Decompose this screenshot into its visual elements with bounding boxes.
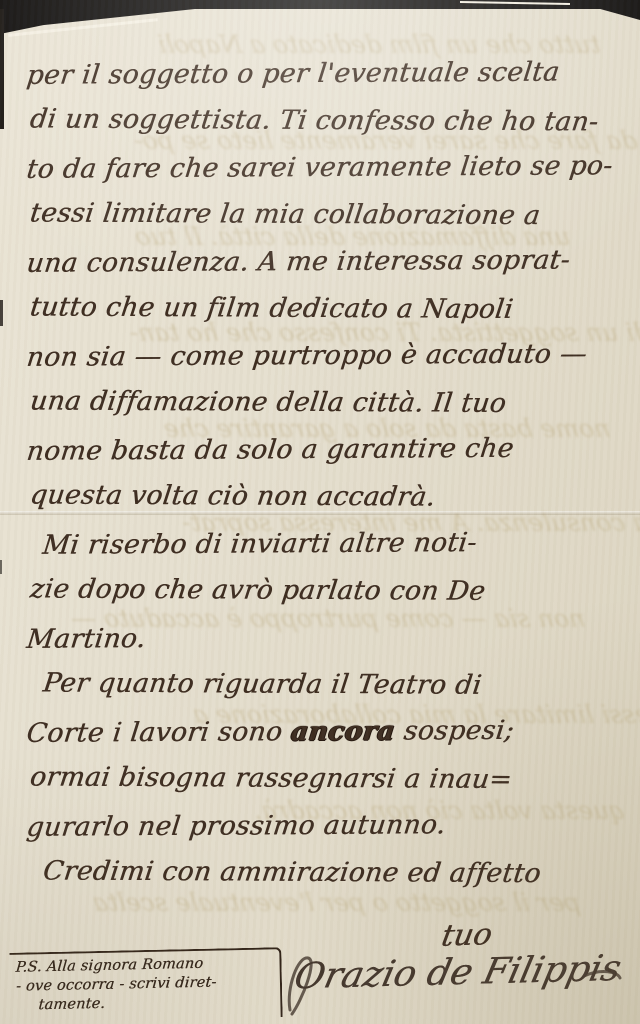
handwritten-line: to da fare che sarei veramente lieto se … bbox=[23, 150, 625, 201]
scan-edge-left bbox=[0, 300, 3, 326]
handwritten-line: Martino. bbox=[23, 620, 625, 671]
scan-edge-left bbox=[0, 9, 4, 129]
handwritten-line: tessi limitare la mia collaborazione a bbox=[26, 197, 625, 247]
valediction: tuo bbox=[439, 917, 495, 954]
scan-edge-left bbox=[0, 560, 2, 574]
handwritten-line: di un soggettista. Ti confesso che ho ta… bbox=[26, 103, 625, 153]
bleedthrough-text: tutto che un film dedicato a Napoli bbox=[0, 30, 602, 59]
scanned-letter-page: tutto che un film dedicato a Napoli to d… bbox=[0, 0, 640, 1024]
scan-edge-top-left bbox=[0, 0, 196, 34]
handwritten-line-corrected: Corte i lavori sono ancora sospesi; bbox=[23, 714, 625, 765]
handwritten-line: questa volta ciò non accadrà. bbox=[26, 479, 625, 529]
handwritten-line: tutto che un film dedicato a Napoli bbox=[26, 291, 625, 341]
handwritten-line: Credimi con ammirazione ed affetto bbox=[39, 855, 625, 905]
handwritten-line: zie dopo che avrò parlato con De bbox=[26, 573, 625, 623]
handwritten-line: nome basta da solo a garantire che bbox=[23, 432, 625, 483]
handwritten-line: una diffamazione della città. Il tuo bbox=[26, 385, 625, 435]
postscript-line: tamente. bbox=[38, 991, 276, 1015]
handwritten-line: non sia — come purtroppo è accaduto — bbox=[23, 338, 625, 389]
handwritten-line: per il soggetto o per l'eventuale scelta bbox=[23, 56, 625, 107]
postscript-box: P.S. Alla signora Romano - ove occorra -… bbox=[9, 947, 282, 1023]
overwritten-word: ancora bbox=[289, 716, 396, 748]
handwritten-line: Mi riserbo di inviarti altre noti- bbox=[39, 526, 625, 577]
signature: Orazio de Filippis bbox=[290, 948, 640, 998]
handwritten-line: Per quanto riguarda il Teatro di bbox=[39, 667, 625, 717]
handwritten-line: ormai bisogna rassegnarsi a inau= bbox=[26, 761, 625, 811]
line-segment: sospesi; bbox=[393, 715, 516, 747]
handwritten-line: una consulenza. A me interessa soprat- bbox=[23, 244, 625, 295]
letter-body: per il soggetto o per l'eventuale scelta… bbox=[26, 58, 622, 904]
line-segment: Corte i lavori sono bbox=[25, 716, 293, 749]
handwritten-line: gurarlo nel prossimo autunno. bbox=[23, 808, 625, 859]
